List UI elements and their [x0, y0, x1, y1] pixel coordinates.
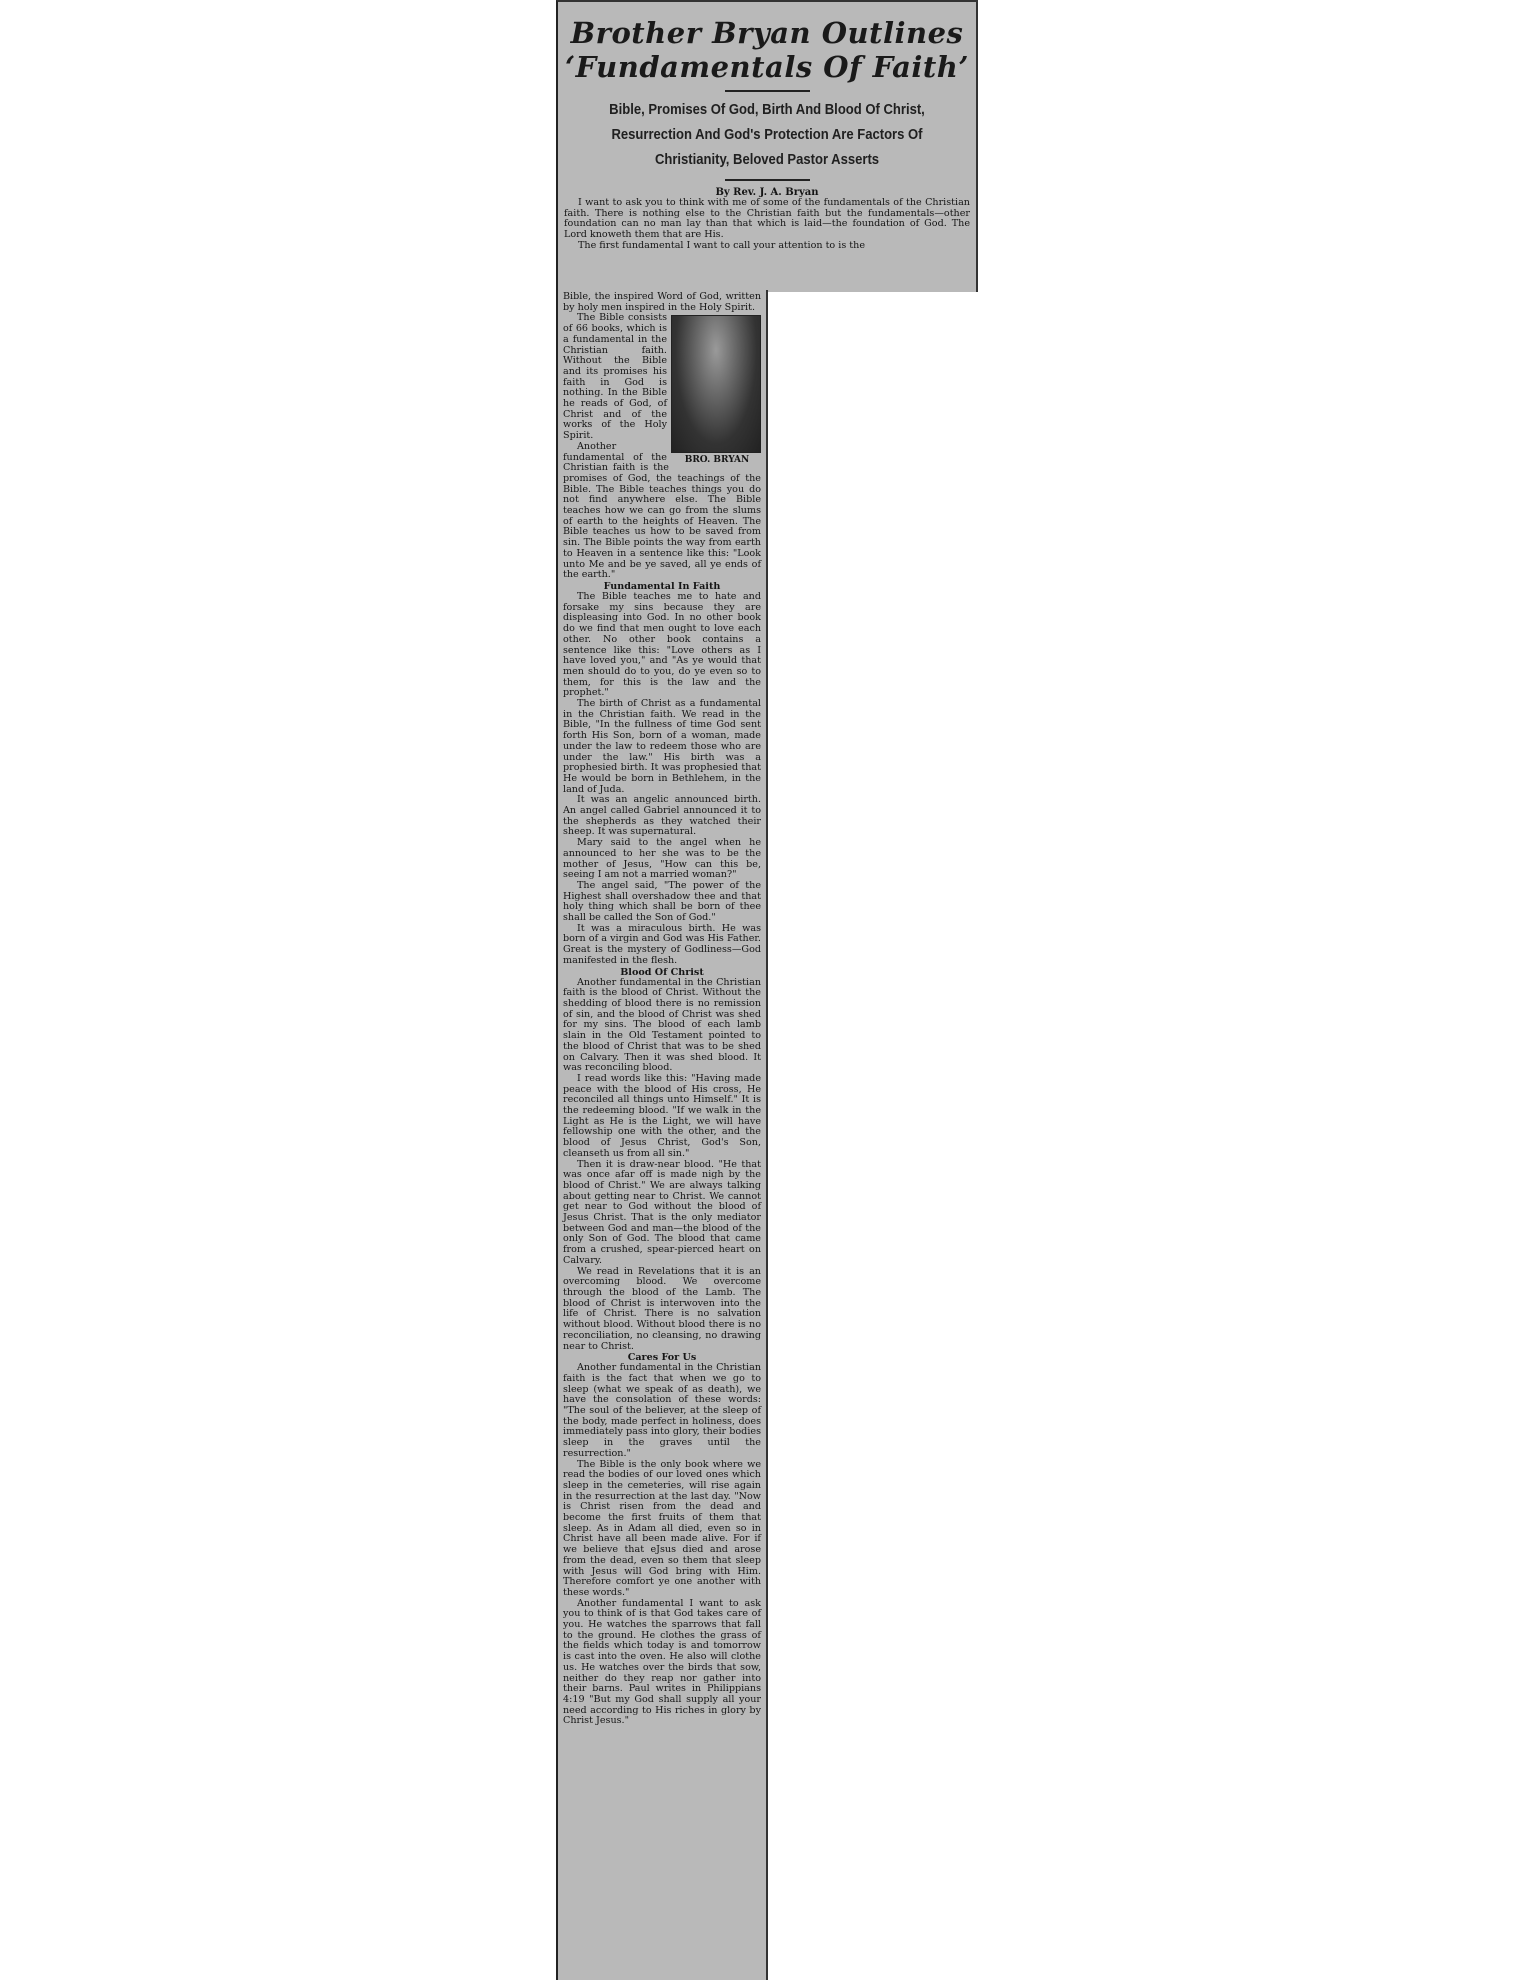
- subheading: Blood Of Christ: [563, 967, 761, 978]
- paragraph: The angel said, "The power of the Highes…: [563, 881, 761, 924]
- paragraph: The first fundamental I want to call you…: [564, 241, 970, 252]
- portrait-photo: [671, 315, 761, 453]
- paragraph: I want to ask you to think with me of so…: [564, 198, 970, 241]
- paragraph: The Bible teaches me to hate and forsake…: [563, 592, 761, 699]
- paragraph: Bible, the inspired Word of God, written…: [563, 292, 761, 313]
- paragraph: I read words like this: "Having made pea…: [563, 1074, 761, 1160]
- column-body: Bible, the inspired Word of God, written…: [563, 292, 761, 1727]
- photo-caption: BRO. BRYAN: [673, 455, 761, 466]
- deck-subheadline: Bible, Promises Of God, Birth And Blood …: [588, 98, 946, 173]
- paragraph: Another fundamental in the Christian fai…: [563, 978, 761, 1074]
- paragraph: Mary said to the angel when he announced…: [563, 838, 761, 881]
- paragraph: Another fundamental I want to ask you to…: [563, 1599, 761, 1727]
- paragraph: We read in Revelations that it is an ove…: [563, 1267, 761, 1353]
- article-column: Bible, the inspired Word of God, written…: [556, 290, 768, 1980]
- article-header-block: Brother Bryan Outlines ‘Fundamentals Of …: [556, 0, 978, 292]
- headline: Brother Bryan Outlines ‘Fundamentals Of …: [564, 16, 970, 84]
- paragraph: Then it is draw-near blood. "He that was…: [563, 1160, 761, 1267]
- paragraph: It was an angelic announced birth. An an…: [563, 795, 761, 838]
- headline-line-2: ‘Fundamentals Of Faith’: [564, 50, 970, 84]
- divider-rule: [725, 90, 810, 92]
- paragraph: It was a miraculous birth. He was born o…: [563, 924, 761, 967]
- headline-line-1: Brother Bryan Outlines: [564, 16, 970, 50]
- paragraph: Another fundamental in the Christian fai…: [563, 1363, 761, 1459]
- paragraph: The Bible is the only book where we read…: [563, 1460, 761, 1599]
- divider-rule: [725, 179, 810, 181]
- paragraph: The birth of Christ as a fundamental in …: [563, 699, 761, 795]
- intro-text: I want to ask you to think with me of so…: [564, 198, 970, 252]
